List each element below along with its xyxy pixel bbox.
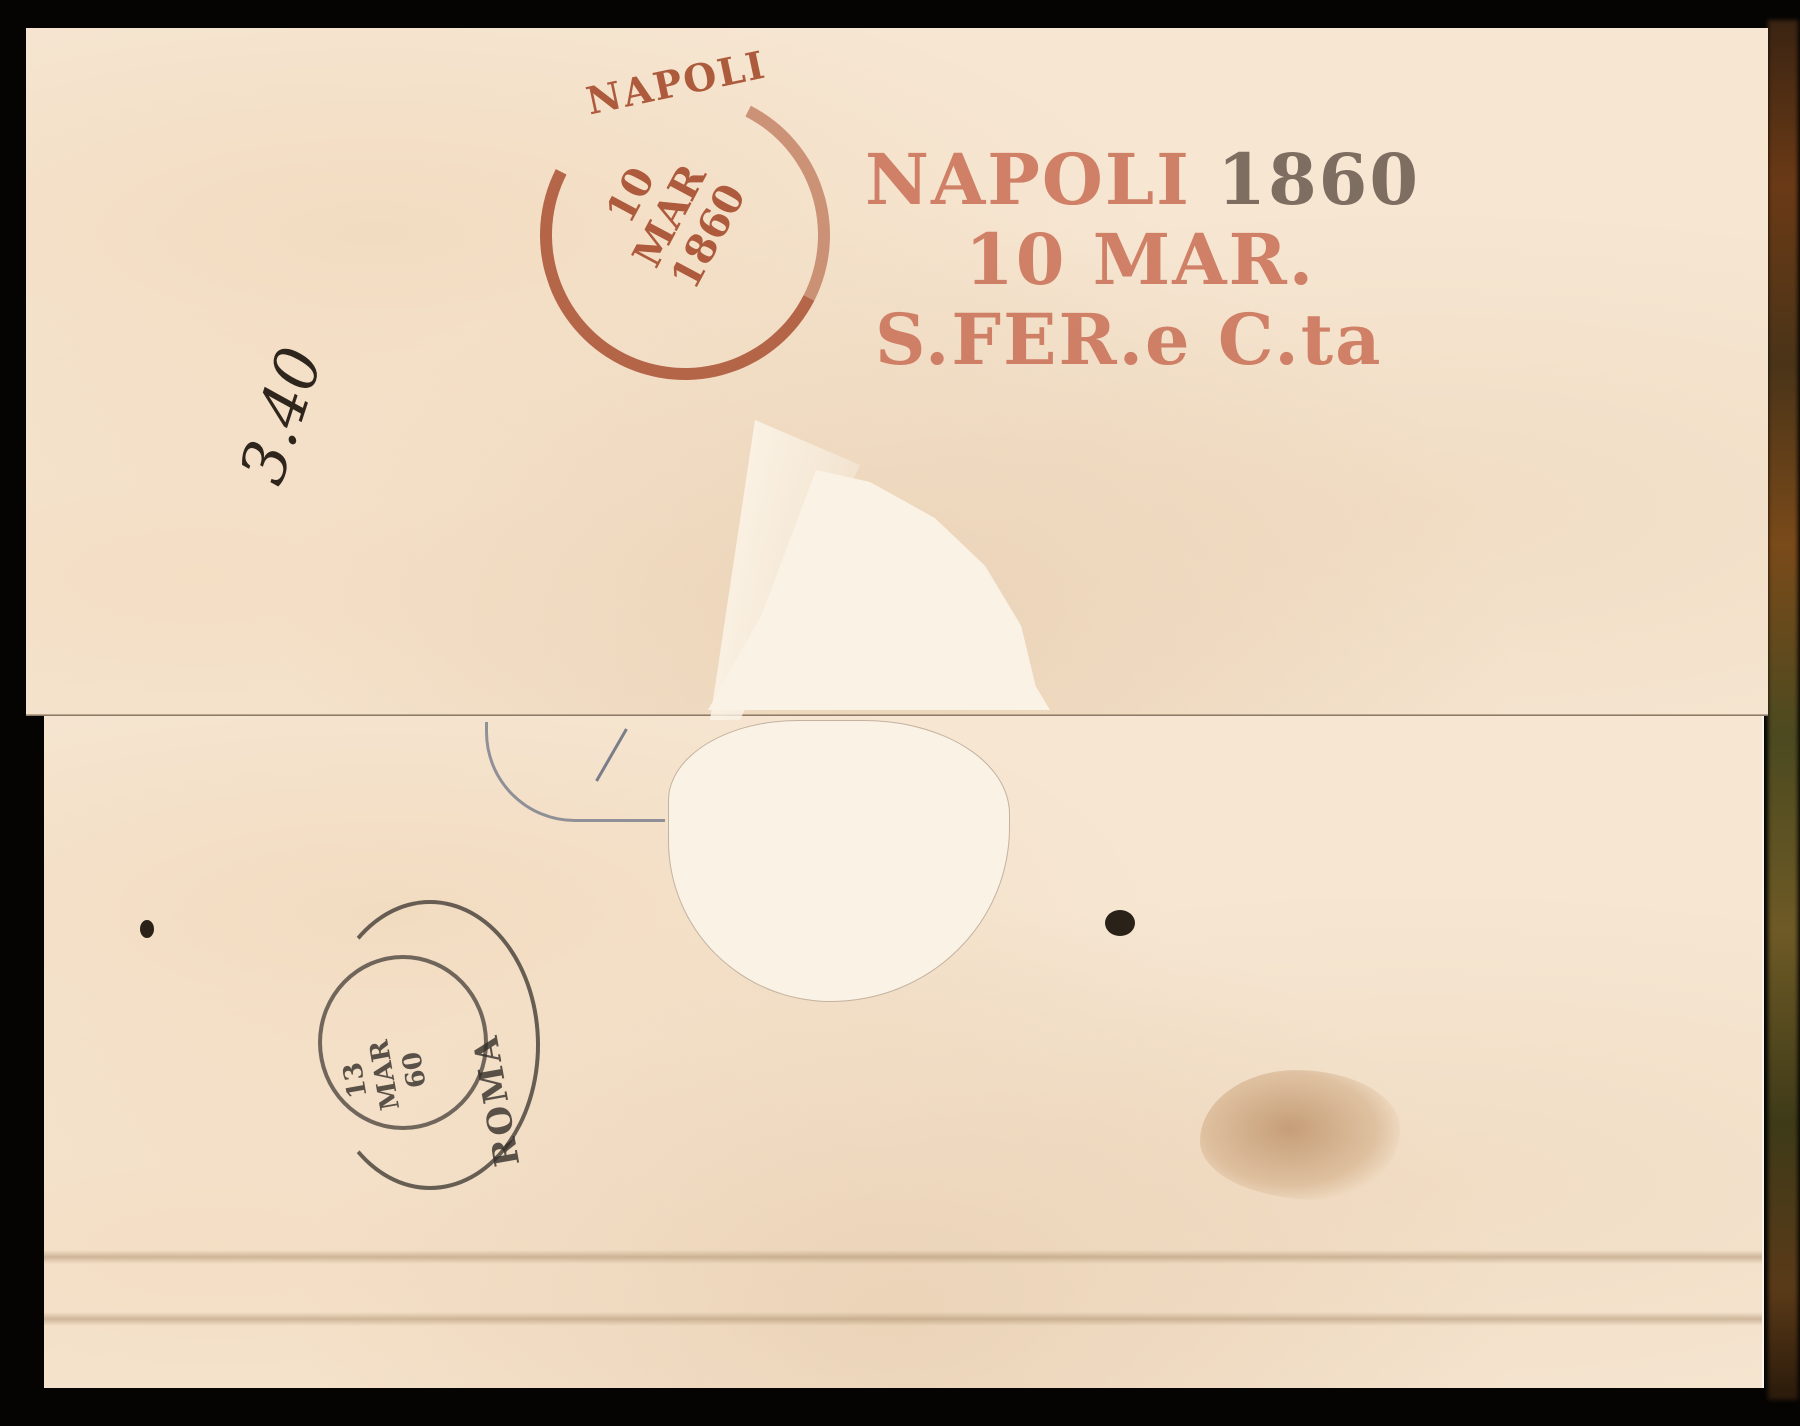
scan-edge-strip	[1768, 20, 1798, 1400]
ink-blot	[1105, 910, 1135, 936]
ink-blot-small	[140, 920, 154, 938]
straight-line-year: 1860	[1217, 138, 1420, 221]
fold-crease-1	[44, 1250, 1762, 1264]
straight-line-place: NAPOLI	[865, 138, 1191, 221]
straight-line-row-1: NAPOLI 1860	[865, 140, 1505, 220]
straight-line-railway: S.FER.e C.ta	[865, 300, 1505, 380]
naples-straight-line-postmark: NAPOLI 1860 10 MAR. S.FER.e C.ta	[865, 140, 1505, 380]
straight-line-date: 10 MAR.	[865, 220, 1505, 300]
foxing-stain	[1200, 1070, 1400, 1200]
fold-crease-2	[44, 1312, 1762, 1326]
